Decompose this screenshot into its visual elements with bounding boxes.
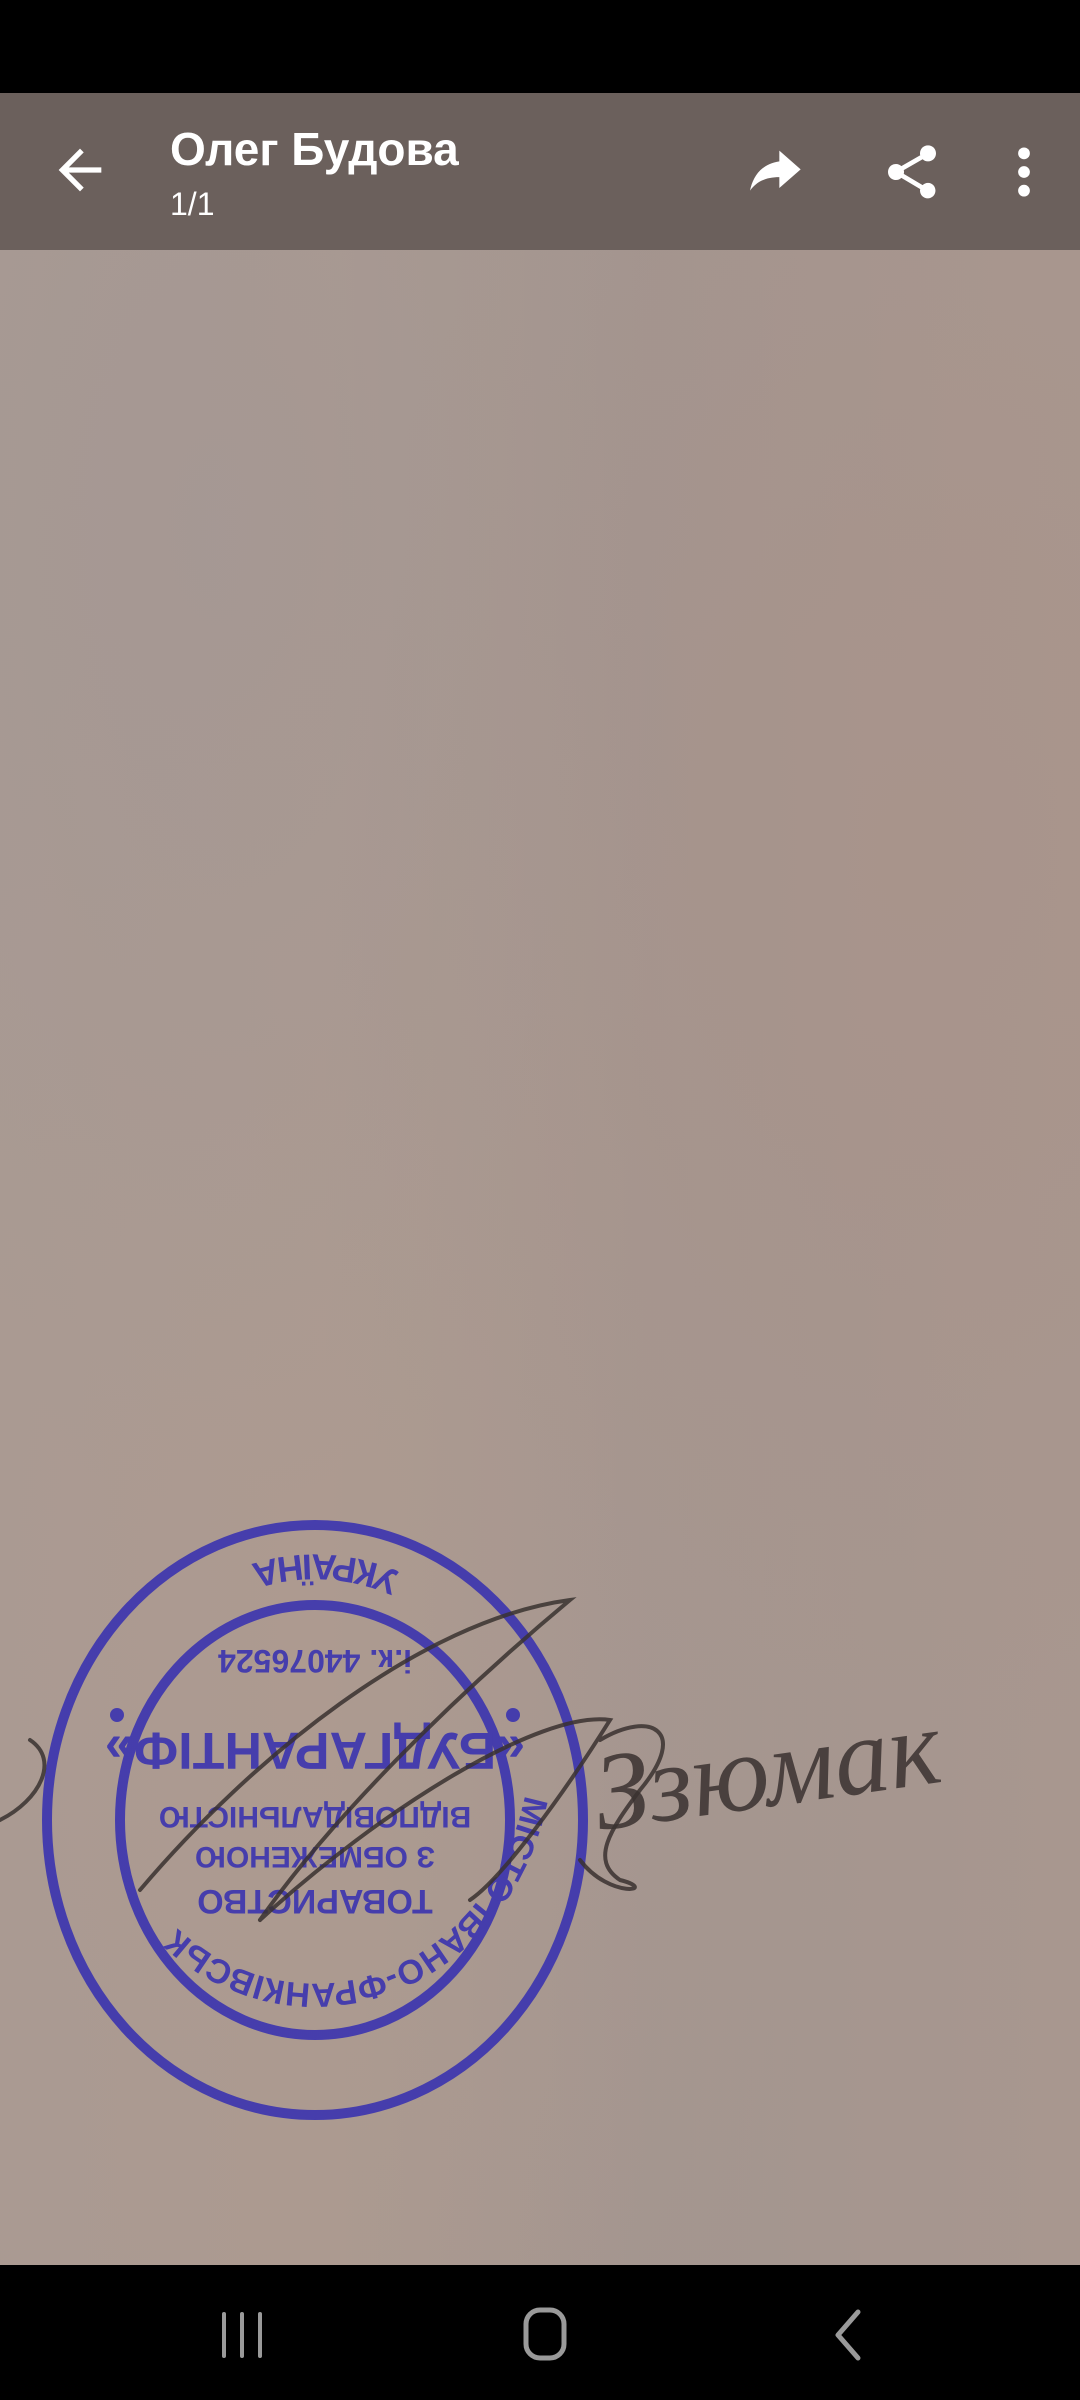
contact-name: Олег Будова xyxy=(170,122,459,176)
back-arrow-icon[interactable] xyxy=(48,138,112,202)
home-icon[interactable] xyxy=(505,2300,585,2370)
page-counter: 1/1 xyxy=(170,186,214,223)
forward-icon[interactable] xyxy=(742,140,806,204)
back-icon[interactable] xyxy=(808,2300,888,2370)
share-icon[interactable] xyxy=(880,140,944,204)
signature: Ззюмак xyxy=(0,1560,1080,1960)
recents-icon[interactable] xyxy=(202,2300,282,2370)
signature-text: Ззюмак xyxy=(586,1684,949,1853)
more-vert-icon[interactable] xyxy=(992,140,1056,204)
status-bar xyxy=(0,0,1080,93)
